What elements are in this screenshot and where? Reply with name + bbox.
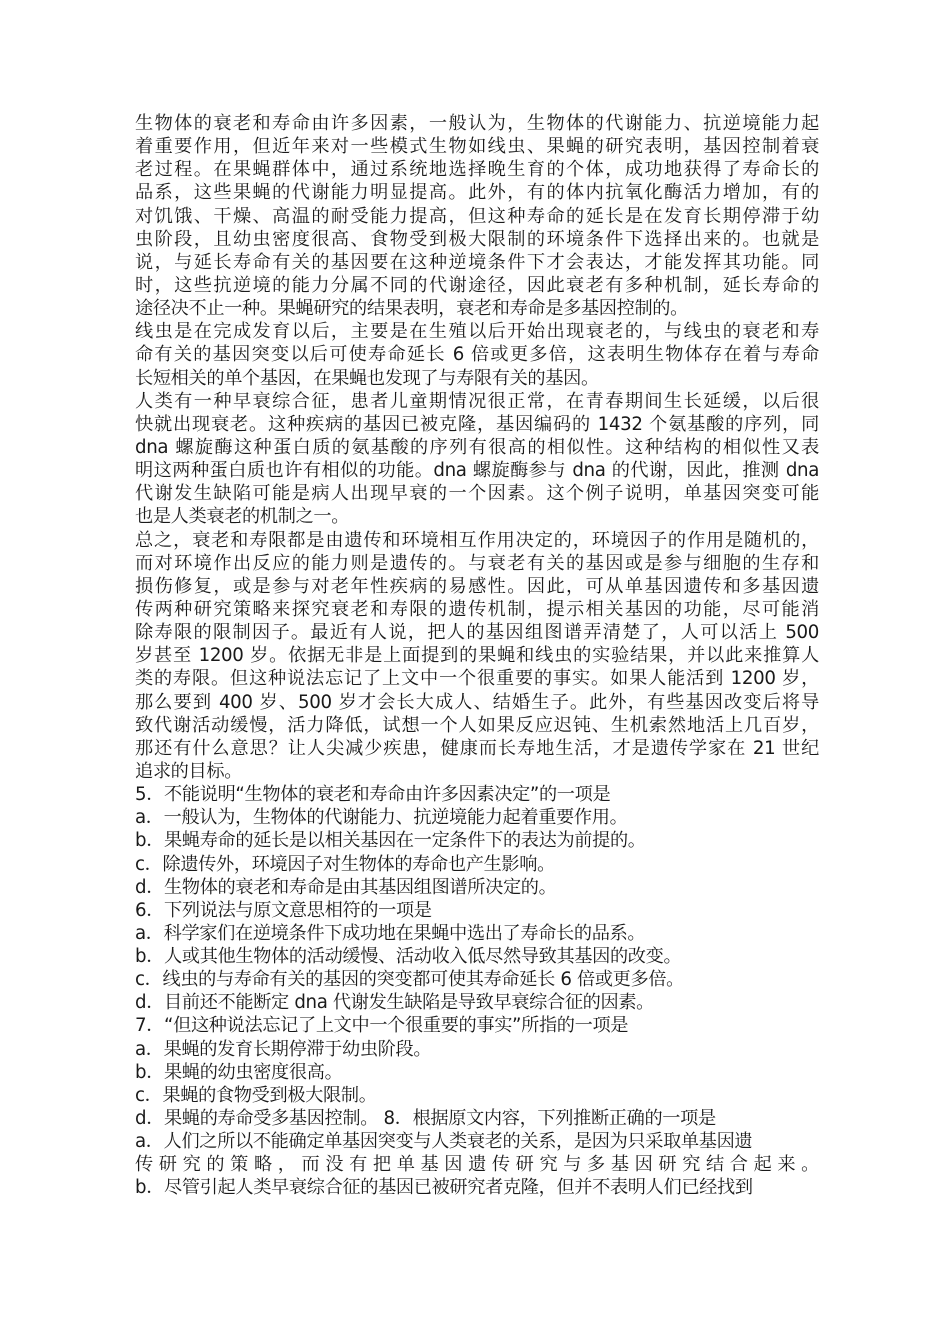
passage-line: 时，这些抗逆境的能力分属不同的代谢途径，因此衰老有多种机制，延长寿命的 (135, 274, 819, 297)
question-line: c．除遗传外，环境因子对生物体的寿命也产生影响。 (135, 853, 819, 876)
question-line: a．一般认为，生物体的代谢能力、抗逆境能力起着重要作用。 (135, 806, 819, 829)
passage-line: 长短相关的单个基因，在果蝇也发现了与寿限有关的基因。 (135, 367, 819, 390)
passage-line: 传两种研究策略来探究衰老和寿限的遗传机制，提示相关基因的功能，尽可能消 (135, 598, 819, 621)
question-line: 7．“但这种说法忘记了上文中一个很重要的事实”所指的一项是 (135, 1014, 819, 1037)
passage-line: 总之，衰老和寿限都是由遗传和环境相互作用决定的，环境因子的作用是随机的， (135, 529, 819, 552)
passage-line: 虫阶段，且幼虫密度很高、食物受到极大限制的环境条件下选择出来的。也就是 (135, 228, 819, 251)
passage-line: 说，与延长寿命有关的基因要在这种逆境条件下才会表达，才能发挥其功能。同 (135, 251, 819, 274)
passage-line: 生物体的衰老和寿命由许多因素，一般认为，生物体的代谢能力、抗逆境能力起 (135, 112, 819, 135)
question-line: 5．不能说明“生物体的衰老和寿命由许多因素决定”的一项是 (135, 783, 819, 806)
question-line: b．人或其他生物体的活动缓慢、活动收入低尽然导致其基因的改变。 (135, 945, 819, 968)
question-line: b．果蝇的幼虫密度很高。 (135, 1061, 819, 1084)
passage-line: 损伤修复，或是参与对老年性疾病的易感性。因此，可从单基因遗传和多基因遗 (135, 575, 819, 598)
passage-line: 岁甚至 1200 岁。依据无非是上面提到的果蝇和线虫的实验结果，并以此来推算人 (135, 644, 819, 667)
passage-line: 追求的目标。 (135, 760, 819, 783)
passage-line: 类的寿限。但这种说法忘记了上文中一个很重要的事实。如果人能活到 1200 岁， (135, 667, 819, 690)
passage-line: 代谢发生缺陷可能是病人出现早衰的一个因素。这个例子说明，单基因突变可能 (135, 482, 819, 505)
passage-line: 途径决不止一种。果蝇研究的结果表明，衰老和寿命是多基因控制的。 (135, 297, 819, 320)
passage-line: 那么要到 400 岁、500 岁才会长大成人、结婚生子。此外，有些基因改变后将导 (135, 691, 819, 714)
passage-line: 那还有什么意思？让人尖减少疾患，健康而长寿地生活，才是遗传学家在 21 世纪 (135, 737, 819, 760)
question-line: 6．下列说法与原文意思相符的一项是 (135, 899, 819, 922)
question-line: c．果蝇的食物受到极大限制。 (135, 1084, 819, 1107)
document-page: 生物体的衰老和寿命由许多因素，一般认为，生物体的代谢能力、抗逆境能力起着重要作用… (135, 112, 819, 1200)
question-line: d．生物体的衰老和寿命是由其基因组图谱所决定的。 (135, 876, 819, 899)
question-line: d．目前还不能断定 dna 代谢发生缺陷是导致早衰综合征的因素。 (135, 991, 819, 1014)
passage-line: 线虫是在完成发育以后，主要是在生殖以后开始出现衰老的，与线虫的衰老和寿 (135, 320, 819, 343)
passage-line: 也是人类衰老的机制之一。 (135, 505, 819, 528)
passage-line: 人类有一种早衰综合征，患者儿童期情况很正常，在青春期间生长延缓，以后很 (135, 390, 819, 413)
passage-line: 品系，这些果蝇的代谢能力明显提高。此外，有的体内抗氧化酶活力增加，有的 (135, 181, 819, 204)
passage-line: 老过程。在果蝇群体中，通过系统地选择晚生育的个体，成功地获得了寿命长的 (135, 158, 819, 181)
question-line: c．线虫的与寿命有关的基因的突变都可使其寿命延长 6 倍或更多倍。 (135, 968, 819, 991)
passage-line: 致代谢活动缓慢，活力降低，试想一个人如果反应迟钝、生机索然地活上几百岁， (135, 714, 819, 737)
passage-line: dna 螺旋酶这种蛋白质的氨基酸的序列有很高的相似性。这种结构的相似性又表 (135, 436, 819, 459)
question-line: b．尽管引起人类早衰综合征的基因已被研究者克隆，但并不表明人们已经找到 (135, 1176, 819, 1199)
reading-passage: 生物体的衰老和寿命由许多因素，一般认为，生物体的代谢能力、抗逆境能力起着重要作用… (135, 112, 819, 1200)
question-line: a．人们之所以不能确定单基因突变与人类衰老的关系，是因为只采取单基因遗 (135, 1130, 819, 1153)
question-line: b．果蝇寿命的延长是以相关基因在一定条件下的表达为前提的。 (135, 829, 819, 852)
passage-line: 快就出现衰老。这种疾病的基因已被克隆，基因编码的 1432 个氨基酸的序列，同 (135, 413, 819, 436)
question-line: a．科学家们在逆境条件下成功地在果蝇中选出了寿命长的品系。 (135, 922, 819, 945)
passage-line: 除寿限的限制因子。最近有人说，把人的基因组图谱弄清楚了，人可以活上 500 (135, 621, 819, 644)
question-line: 传研究的策略，而没有把单基因遗传研究与多基因研究结合起来。 (135, 1153, 819, 1176)
passage-line: 着重要作用，但近年来对一些模式生物如线虫、果蝇的研究表明，基因控制着衰 (135, 135, 819, 158)
passage-line: 命有关的基因突变以后可使寿命延长 6 倍或更多倍，这表明生物体存在着与寿命 (135, 343, 819, 366)
question-line: a．果蝇的发育长期停滞于幼虫阶段。 (135, 1038, 819, 1061)
passage-line: 对饥饿、干燥、高温的耐受能力提高，但这种寿命的延长是在发育长期停滞于幼 (135, 205, 819, 228)
passage-line: 而对环境作出反应的能力则是遗传的。与衰老有关的基因或是参与细胞的生存和 (135, 552, 819, 575)
passage-line: 明这两种蛋白质也许有相似的功能。dna 螺旋酶参与 dna 的代谢，因此，推测 … (135, 459, 819, 482)
question-line: d．果蝇的寿命受多基因控制。 8．根据原文内容，下列推断正确的一项是 (135, 1107, 819, 1130)
